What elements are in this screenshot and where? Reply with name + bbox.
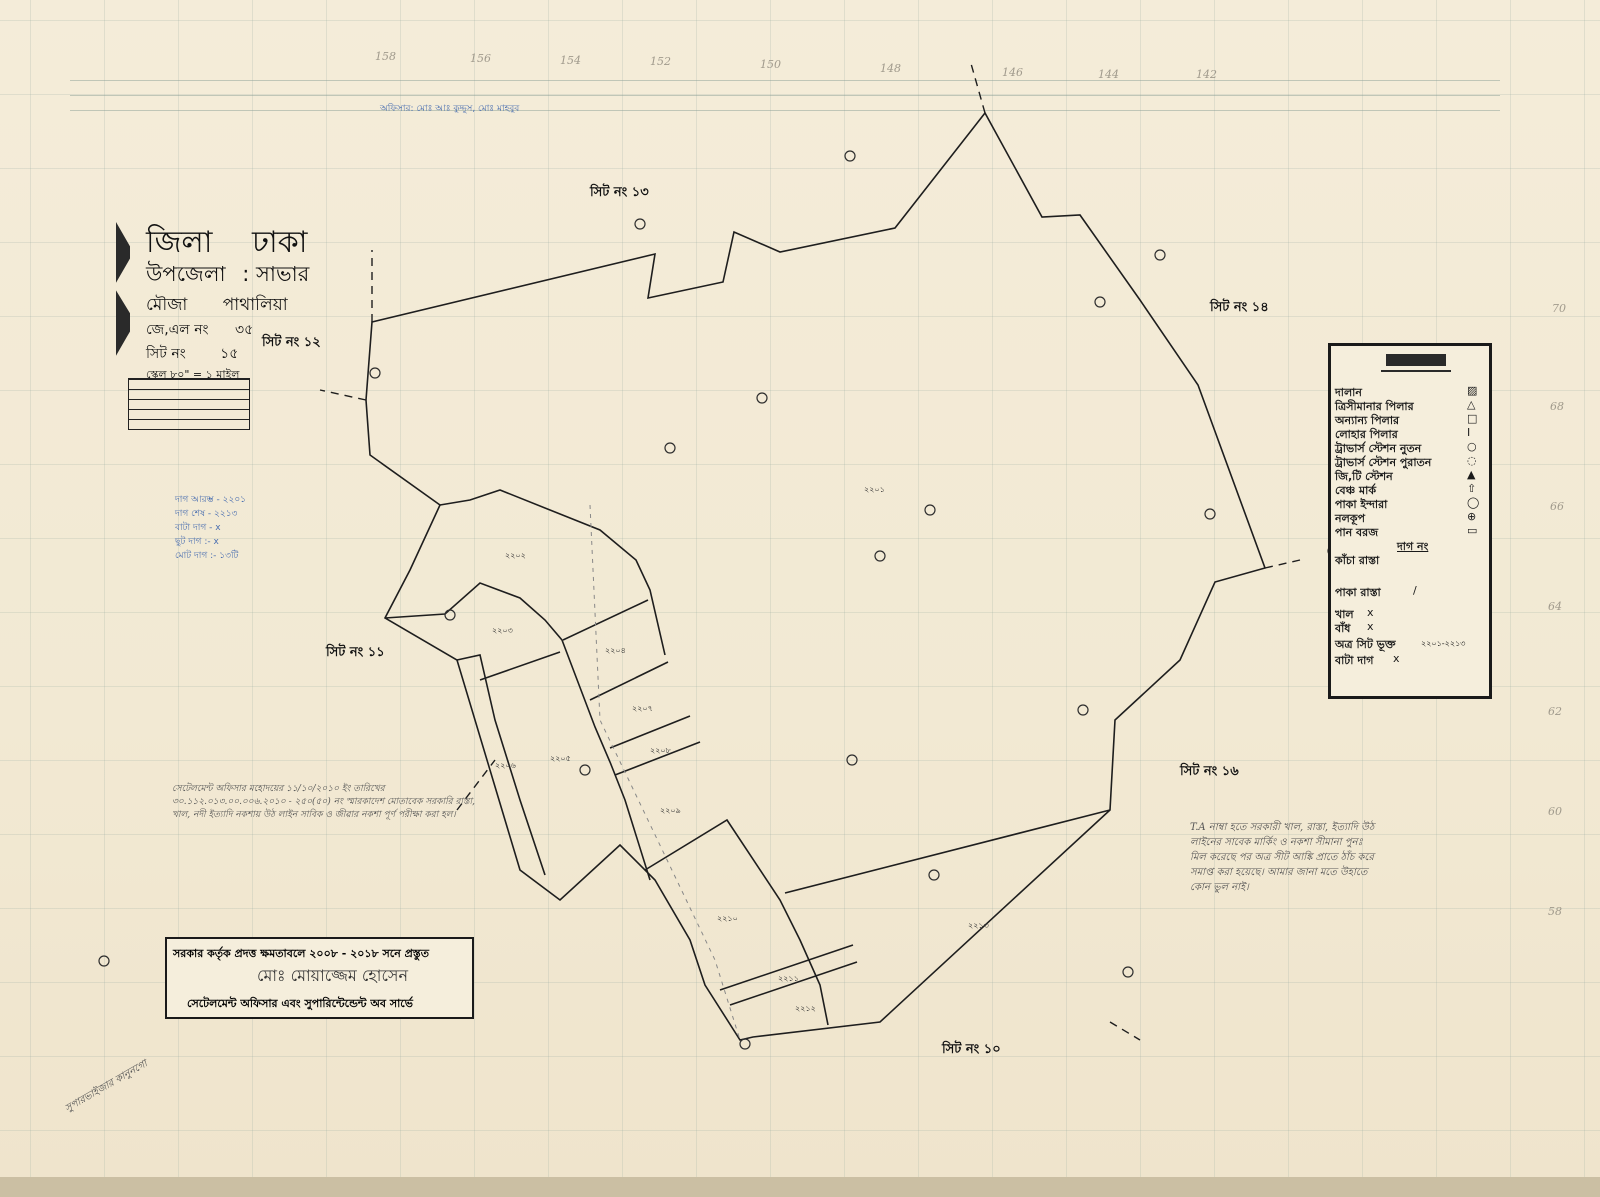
parcel-line	[480, 652, 560, 680]
adjacent-sheet-west-lower: সিট নং ১১	[326, 643, 385, 664]
preparation-stamp: সরকার কর্তৃক প্রদত্ত ক্ষমতাবলে ২০০৮ - ২০…	[165, 937, 474, 1019]
adjacent-sheet-north: সিট নং ১৩	[590, 183, 649, 204]
traverse-new-icon: ○	[1467, 440, 1477, 453]
stamp-line-1: সরকার কর্তৃক প্রদত্ত ক্ষমতাবলে ২০০৮ - ২০…	[173, 945, 429, 964]
sheet-bottom-edge	[0, 1177, 1600, 1197]
upazila-row: উপজেলা : সাভার	[146, 258, 309, 293]
sheet-no-label: সিট নং	[146, 346, 186, 362]
sheet-edge-dashed	[1110, 1022, 1140, 1040]
traverse-station-icon	[99, 956, 109, 966]
tubewell-icon: ⊕	[1467, 510, 1476, 523]
parcel-line	[590, 662, 668, 700]
plot-number[interactable]: ২২০৫	[550, 753, 571, 766]
traverse-station-icon	[1155, 250, 1165, 260]
well-icon: ◯	[1467, 496, 1479, 509]
legend-title	[1386, 354, 1446, 366]
jl-row: জে,এল নং ৩৫	[146, 318, 253, 342]
traverse-station-icon	[875, 551, 885, 561]
jl-label: জে,এল নং	[146, 322, 209, 338]
mouza-boundary	[366, 113, 1265, 1040]
adjacent-sheet-south: সিট নং ১০	[942, 1040, 1001, 1061]
legend-extra-value: x	[1367, 620, 1374, 633]
jl-value: ৩৫	[235, 322, 253, 338]
left-handwritten-note: সেটেলমেন্ট অফিসার মহোদয়ের ১১/১০/২০১০ ইং…	[172, 783, 492, 822]
legend-dag-header: দাগ নং	[1397, 538, 1428, 557]
iron-pillar-icon: I	[1467, 426, 1470, 439]
adjacent-sheet-northeast: সিট নং ১৪	[1210, 298, 1269, 319]
stamp-line-3: সেটেলমেন্ট অফিসার এবং সুপারিন্টেন্ডেন্ট …	[187, 995, 413, 1014]
traverse-station-icon	[925, 505, 935, 515]
parcel-line	[440, 490, 665, 655]
traverse-station-icon	[845, 151, 855, 161]
scale-graph	[128, 378, 250, 430]
mouza-value: পাথালিয়া	[223, 295, 288, 315]
traverse-old-icon: ◌	[1467, 454, 1477, 467]
traverse-station-icon	[740, 1039, 750, 1049]
legend-item-label: পান বরজ	[1335, 524, 1378, 543]
parcel-line	[385, 583, 650, 880]
sheet-edge-dashed	[320, 390, 366, 400]
stamp-signature: মোঃ মোয়াজ্জেম হোসেন	[257, 963, 408, 990]
dag-summary: দাগ আরম্ভ - ২২০১ দাগ শেষ - ২২১৩ বাটা দাগ…	[175, 493, 246, 563]
legend-extra-value: /	[1413, 584, 1417, 597]
tri-junction-pillar-icon: △	[1467, 398, 1475, 411]
betel-garden-icon: ▭	[1467, 524, 1477, 537]
map-sheet: 158 156 154 152 150 148 146 144 142 70 6…	[0, 0, 1600, 1197]
traverse-station-icon	[635, 219, 645, 229]
mouza-label: মৌজা	[146, 295, 187, 315]
district-label: জিলা	[146, 225, 212, 260]
legend-extra-label: বাটা দাগ	[1335, 652, 1374, 671]
traverse-station-icon	[445, 610, 455, 620]
traverse-station-icon	[665, 443, 675, 453]
plot-number[interactable]: ২২১২	[795, 1003, 816, 1016]
dag-total: মোট দাগ :- ১৩টি	[175, 549, 246, 563]
district-value: ঢাকা	[252, 225, 307, 260]
bench-mark-icon: ⇧	[1467, 482, 1476, 495]
plot-number[interactable]: ২২০৬	[495, 760, 516, 773]
plot-number[interactable]: ২২০৪	[605, 645, 626, 658]
traverse-station-icon	[1123, 967, 1133, 977]
plot-number[interactable]: ২২০৮	[650, 745, 671, 758]
traverse-station-icon	[1095, 297, 1105, 307]
upazila-value: সাভার	[256, 262, 309, 286]
legend-extra-value: ২২০১-২২১৩	[1421, 638, 1465, 651]
dag-end: দাগ শেষ - ২২১৩	[175, 507, 246, 521]
traverse-station-icon	[847, 755, 857, 765]
legend-extra-label: পাকা রাস্তা	[1335, 584, 1381, 603]
traverse-line	[590, 505, 740, 1040]
plot-number[interactable]: ২২১০	[717, 913, 738, 926]
sheet-row: সিট নং ১৫	[146, 342, 238, 366]
traverse-station-icon	[757, 393, 767, 403]
other-pillar-icon: □	[1467, 412, 1477, 425]
legend-extra-value: x	[1367, 606, 1374, 619]
plot-number[interactable]: ২২০২	[505, 550, 526, 563]
dag-blank: বাটা দাগ - x	[175, 521, 246, 535]
traverse-station-icon	[1078, 705, 1088, 715]
sheet-no-value: ১৫	[220, 346, 238, 362]
sheet-edge-dashed	[970, 60, 985, 113]
legend-title-underline	[1381, 370, 1451, 372]
plot-number[interactable]: ২২০৭	[632, 703, 653, 716]
dag-missing: ছুট দাগ :- x	[175, 535, 246, 549]
dag-start: দাগ আরম্ভ - ২২০১	[175, 493, 246, 507]
traverse-station-icon	[1205, 509, 1215, 519]
traverse-station-icon	[370, 368, 380, 378]
building-icon: ▨	[1467, 384, 1477, 397]
legend-box: দালান ▨ ত্রিসীমানার পিলার △ অন্যান্য পিল…	[1328, 343, 1492, 699]
plot-number[interactable]: ২২০৩	[492, 625, 513, 638]
adjacent-sheet-west-upper: সিট নং ১২	[262, 333, 321, 354]
sheet-edge-dashed	[1265, 560, 1300, 568]
parcel-line	[785, 810, 1110, 893]
right-handwritten-note: T.A নাম্বা হতে সরকারী খাল, রাস্তা, ইত্যা…	[1190, 820, 1380, 895]
legend-extra-value: x	[1393, 652, 1400, 665]
traverse-station-icon	[929, 870, 939, 880]
adjacent-sheet-east: সিট নং ১৬	[1180, 762, 1239, 783]
plot-number[interactable]: ২২১৩	[968, 920, 989, 933]
parcel-line	[610, 716, 690, 748]
plot-number[interactable]: ২২০১	[864, 484, 885, 497]
gt-station-icon: ▲	[1467, 468, 1475, 481]
plot-number[interactable]: ২২০৯	[660, 805, 681, 818]
traverse-station-icon	[580, 765, 590, 775]
plot-number[interactable]: ২২১১	[778, 973, 799, 986]
upazila-label: উপজেলা	[146, 262, 226, 286]
parcel-line	[563, 600, 648, 640]
legend-extra-label: কাঁচা রাস্তা	[1335, 552, 1379, 571]
mouza-row: মৌজা পাথালিয়া	[146, 292, 288, 320]
